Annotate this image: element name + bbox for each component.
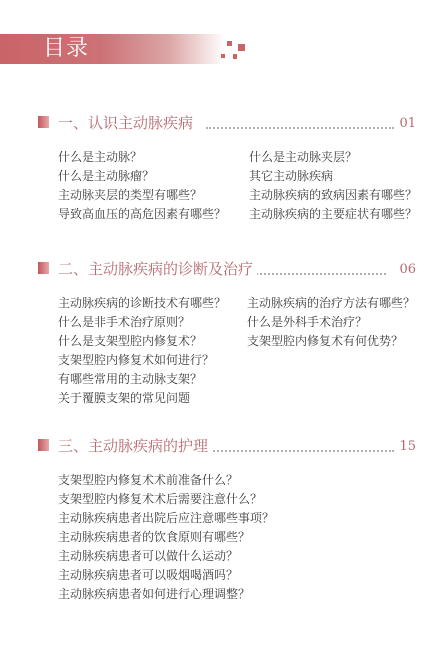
title-banner <box>0 34 225 64</box>
toc-item[interactable]: 其它主动脉疾病 <box>249 167 333 185</box>
decor-square <box>227 41 232 46</box>
dot-leader <box>206 125 394 129</box>
toc-item[interactable]: 什么是主动脉夹层？ <box>249 148 357 166</box>
toc-section-3[interactable]: 三、主动脉疾病的护理 15 <box>36 436 416 456</box>
decor-square <box>238 44 245 51</box>
toc-section-2[interactable]: 二、主动脉疾病的诊断及治疗 06 <box>36 259 416 279</box>
toc-item[interactable]: 主动脉疾病的诊断技术有哪些？ <box>58 294 226 312</box>
toc-item[interactable]: 什么是支架型腔内修复术？ <box>58 332 202 350</box>
toc-section-1[interactable]: 一、认识主动脉疾病 01 <box>36 113 416 133</box>
decor-square <box>221 54 225 58</box>
toc-item[interactable]: 主动脉疾病的致病因素有哪些？ <box>249 186 417 204</box>
toc-item[interactable]: 主动脉疾病的治疗方法有哪些？ <box>247 294 415 312</box>
toc-item[interactable]: 主动脉疾病患者可以做什么运动？ <box>58 547 238 565</box>
toc-item[interactable]: 什么是非手术治疗原则？ <box>58 313 190 331</box>
square-bullet-icon <box>38 439 49 451</box>
toc-item[interactable]: 什么是外科手术治疗？ <box>247 313 367 331</box>
toc-item[interactable]: 支架型腔内修复术有何优势？ <box>247 332 403 350</box>
page-number: 01 <box>399 114 416 134</box>
section-title: 三、主动脉疾病的护理 <box>58 436 212 456</box>
toc-item[interactable]: 主动脉疾病的主要症状有哪些？ <box>249 205 417 223</box>
toc-item[interactable]: 主动脉疾病患者出院后应注意哪些事项？ <box>58 509 274 527</box>
square-bullet-icon <box>38 262 49 274</box>
toc-item[interactable]: 支架型腔内修复术如何进行？ <box>58 351 214 369</box>
toc-item[interactable]: 关于覆膜支架的常见问题 <box>58 389 190 407</box>
toc-item[interactable]: 什么是主动脉瘤？ <box>58 167 154 185</box>
decor-square <box>233 54 237 59</box>
toc-item[interactable]: 主动脉夹层的类型有哪些？ <box>58 186 202 204</box>
dot-leader <box>251 271 386 275</box>
dot-leader <box>206 448 394 452</box>
page-number: 15 <box>399 437 416 457</box>
toc-item[interactable]: 支架型腔内修复术术前准备什么？ <box>58 471 238 489</box>
toc-item[interactable]: 主动脉疾病患者如何进行心理调整？ <box>58 585 250 603</box>
square-bullet-icon <box>38 116 49 128</box>
toc-item[interactable]: 支架型腔内修复术术后需要注意什么？ <box>58 490 262 508</box>
section-title: 一、认识主动脉疾病 <box>58 113 197 133</box>
page-number: 06 <box>399 260 416 280</box>
toc-item[interactable]: 有哪些常用的主动脉支架？ <box>58 370 202 388</box>
toc-item[interactable]: 导致高血压的高危因素有哪些？ <box>58 205 226 223</box>
toc-item[interactable]: 什么是主动脉？ <box>58 148 142 166</box>
toc-item[interactable]: 主动脉疾病患者可以吸烟喝酒吗？ <box>58 566 238 584</box>
toc-item[interactable]: 主动脉疾病患者的饮食原则有哪些？ <box>58 528 250 546</box>
page-title: 目录 <box>43 35 89 63</box>
section-title: 二、主动脉疾病的诊断及治疗 <box>58 259 257 279</box>
